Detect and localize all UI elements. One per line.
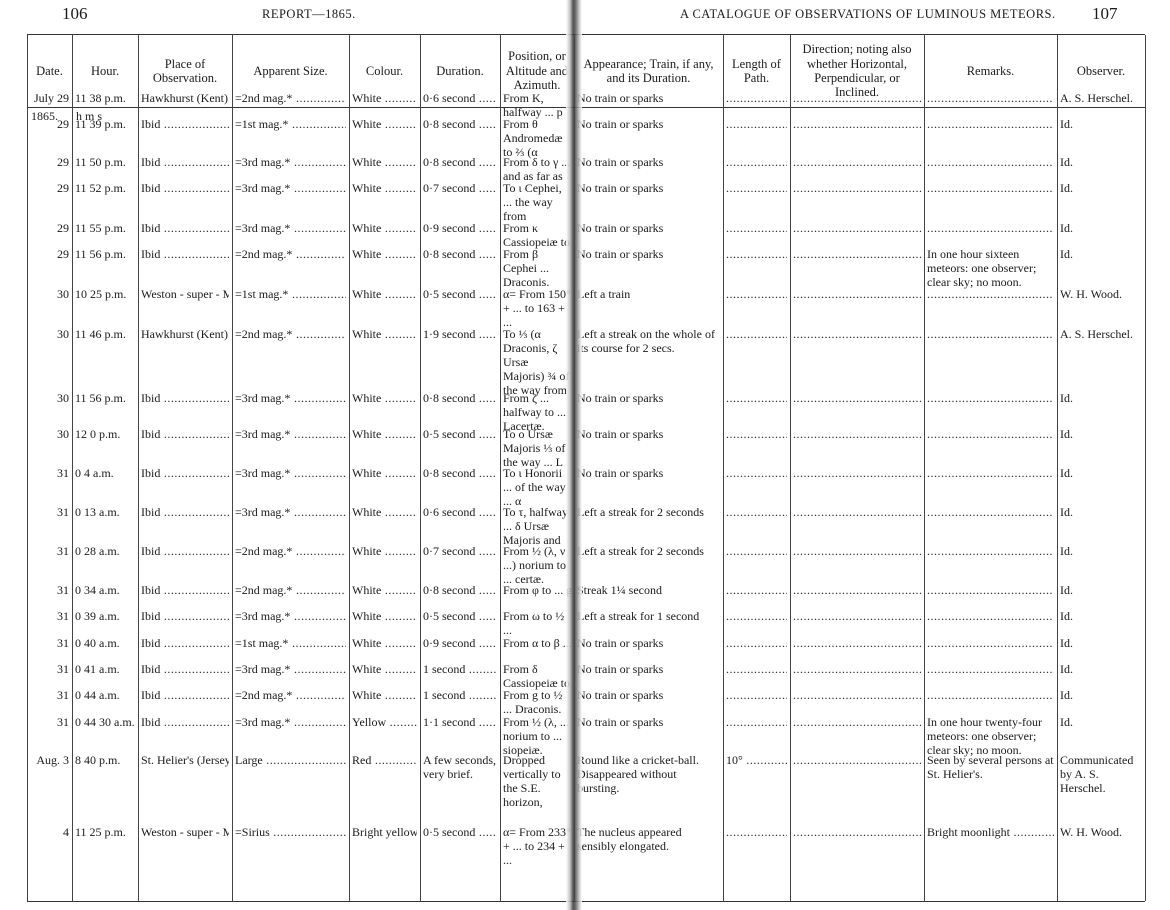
row-position: From κ Cassiopeiæ to υ Persei. [503,221,571,249]
row-place: Ibid [141,391,229,405]
row-remarks [927,688,1054,702]
row-remarks [927,327,1054,341]
row-hour: 11 55 p.m. [75,221,135,235]
row-place: Ibid [141,544,229,558]
row-remarks: Seen by several persons at St. Helier's. [927,753,1054,781]
row-length-of-path [726,247,787,261]
row-appearance: No train or sparks [577,688,720,702]
row-date: 30 [30,427,69,441]
row-date: 31 [30,583,69,597]
row-apparent-size: =3rd mag.* [235,505,346,519]
row-length-of-path [726,91,787,105]
row-length-of-path [726,117,787,131]
row-observer: Id. [1060,609,1142,623]
row-appearance: Left a streak for 1 second [577,609,720,623]
row-observer: A. S. Herschel. [1060,327,1142,341]
row-colour: White [352,505,417,519]
row-place: Ibid [141,636,229,650]
row-length-of-path [726,155,787,169]
row-remarks [927,391,1054,405]
row-date: 29 [30,117,69,131]
row-direction [793,825,921,839]
row-direction [793,287,921,301]
column-rule [72,35,73,901]
row-direction [793,636,921,650]
row-remarks [927,636,1054,650]
row-remarks [927,466,1054,480]
row-direction [793,505,921,519]
row-duration: 1·9 second [423,327,497,341]
row-appearance: No train or sparks [577,181,720,195]
row-appearance: Left a streak for 2 seconds [577,544,720,558]
row-observer: Id. [1060,505,1142,519]
row-apparent-size: Large [235,753,346,767]
left-page-number: 106 [62,4,88,24]
row-direction [793,117,921,131]
column-rule [232,35,233,901]
row-hour: 11 39 p.m. [75,117,135,131]
row-place: Ibid [141,181,229,195]
row-hour: 8 40 p.m. [75,753,135,767]
row-appearance: No train or sparks [577,427,720,441]
row-apparent-size: =3rd mag.* [235,181,346,195]
row-appearance: No train or sparks [577,155,720,169]
row-colour: White [352,221,417,235]
row-direction [793,91,921,105]
row-colour: White [352,609,417,623]
row-date: 31 [30,505,69,519]
row-apparent-size: =1st mag.* [235,117,346,131]
row-observer: A. S. Herschel. [1060,91,1142,105]
row-colour: White [352,287,417,301]
row-observer: Id. [1060,181,1142,195]
row-colour: White [352,466,417,480]
row-date: 4 [30,825,69,839]
row-position: From K, halfway ... p Camelopardi. [503,91,571,119]
row-position: From φ to ... gasi. [503,583,571,597]
row-apparent-size: =3rd mag.* [235,715,346,729]
row-direction [793,753,921,767]
column-rule [420,35,421,901]
row-hour: 0 13 a.m. [75,505,135,519]
row-duration: 0·8 second [423,466,497,480]
row-observer: Id. [1060,688,1142,702]
row-position: To ι Honorii ... of the way ... α Androm… [503,466,571,508]
row-apparent-size: =2nd mag.* [235,327,346,341]
row-date: 31 [30,662,69,676]
row-duration: 0·8 second [423,391,497,405]
row-date: 31 [30,715,69,729]
column-rule [349,35,350,901]
row-position: To ⅓ (α Draconis, ζ Ursæ Majoris) ¾ of t… [503,327,571,397]
row-length-of-path [726,544,787,558]
column-rule [1145,35,1146,901]
row-hour: 12 0 p.m. [75,427,135,441]
row-hour: 0 4 a.m. [75,466,135,480]
row-appearance: No train or sparks [577,247,720,261]
row-remarks [927,662,1054,676]
row-observer: Id. [1060,544,1142,558]
row-hour: 11 38 p.m. [75,91,135,105]
row-length-of-path [726,327,787,341]
row-direction [793,181,921,195]
row-duration: 0·9 second [423,221,497,235]
row-length-of-path [726,688,787,702]
row-colour: Bright yellow [352,825,417,839]
meteor-catalogue-table: Date.Hour.Place of Observation.Apparent … [27,34,1145,902]
row-apparent-size: =2nd mag.* [235,91,346,105]
row-observer: Id. [1060,247,1142,261]
row-length-of-path [726,583,787,597]
row-position: From ½ (λ, ... norium to ... siopeiæ. [503,715,571,757]
row-direction [793,688,921,702]
row-remarks: Bright moonlight [927,825,1054,839]
row-duration: 0·5 second [423,427,497,441]
row-position: From δ Cassiopeiæ to m Custodis. [503,662,571,690]
column-rule [138,35,139,901]
row-remarks [927,609,1054,623]
row-place: Ibid [141,609,229,623]
row-observer: Communicated by A. S. Herschel. [1060,753,1142,795]
row-apparent-size: =3rd mag.* [235,609,346,623]
row-colour: Yellow [352,715,417,729]
row-hour: 11 25 p.m. [75,825,135,839]
row-duration: 0·7 second [423,544,497,558]
row-duration: 0·8 second [423,247,497,261]
row-appearance: No train or sparks [577,466,720,480]
row-remarks [927,221,1054,235]
row-hour: 0 44 a.m. [75,688,135,702]
row-position: From g to ½ ... Draconis. [503,688,571,716]
row-remarks [927,427,1054,441]
row-duration: 1 second [423,688,497,702]
row-duration: 0·7 second [423,181,497,195]
column-rule [1057,35,1058,901]
row-length-of-path [726,662,787,676]
row-direction [793,466,921,480]
row-place: Ibid [141,583,229,597]
row-length-of-path [726,609,787,623]
row-position: To o Ursæ Majoris ⅓ of the way ... L Cam… [503,427,571,469]
row-apparent-size: =2nd mag.* [235,583,346,597]
row-colour: White [352,117,417,131]
row-date: Aug. 3 [30,753,69,767]
row-direction [793,327,921,341]
right-running-head: A CATALOGUE OF OBSERVATIONS OF LUMINOUS … [680,7,1056,22]
row-colour: White [352,247,417,261]
row-apparent-size: =1st mag.* [235,636,346,650]
row-observer: Id. [1060,583,1142,597]
row-date: July 29 [30,91,69,105]
row-remarks [927,287,1054,301]
row-length-of-path [726,715,787,729]
row-apparent-size: =2nd mag.* [235,544,346,558]
row-appearance: No train or sparks [577,391,720,405]
row-appearance: Left a streak on the whole of its course… [577,327,720,355]
row-place: Ibid [141,505,229,519]
row-apparent-size: =3rd mag.* [235,427,346,441]
row-date: 31 [30,466,69,480]
row-place: Ibid [141,117,229,131]
row-length-of-path: 10° [726,753,787,767]
row-hour: 0 28 a.m. [75,544,135,558]
row-position: From ½ (λ, ν ...) norium to ... certæ. [503,544,571,586]
row-place: Ibid [141,155,229,169]
row-colour: White [352,91,417,105]
row-apparent-size: =2nd mag.* [235,688,346,702]
row-appearance: No train or sparks [577,636,720,650]
row-hour: 10 25 p.m. [75,287,135,301]
column-rule [924,35,925,901]
row-direction [793,544,921,558]
row-date: 29 [30,247,69,261]
row-place: St. Helier's (Jersey). [141,753,229,767]
row-place: Weston - super - Mare. [141,287,229,301]
row-hour: 0 39 a.m. [75,609,135,623]
row-date: 30 [30,327,69,341]
row-position: From θ Andromedæ to ⅔ (α Andromedæ, τ Pe… [503,117,571,159]
row-length-of-path [726,221,787,235]
header-rule [27,107,1145,108]
row-duration: 1·1 second [423,715,497,729]
row-length-of-path [726,287,787,301]
column-rule [500,35,501,901]
row-duration: 0·6 second [423,505,497,519]
row-duration: 0·9 second [423,636,497,650]
row-position: From ω to ½ ... Andromedæ. [503,609,571,637]
row-colour: White [352,544,417,558]
row-colour: Red [352,753,417,767]
row-direction [793,391,921,405]
row-apparent-size: =Sirius [235,825,346,839]
row-hour: 11 56 p.m. [75,391,135,405]
row-apparent-size: =3rd mag.* [235,466,346,480]
row-direction [793,583,921,597]
row-length-of-path [726,427,787,441]
row-date: 31 [30,544,69,558]
row-position: α= From 233° + ... to 234 + ... [503,825,571,867]
row-direction [793,221,921,235]
row-appearance: No train or sparks [577,221,720,235]
row-place: Ibid [141,662,229,676]
row-place: Hawkhurst (Kent) [141,91,229,105]
book-gutter [566,0,582,910]
row-observer: W. H. Wood. [1060,825,1142,839]
row-colour: White [352,583,417,597]
row-duration: A few seconds, very brief. [423,753,497,781]
row-observer: Id. [1060,155,1142,169]
row-observer: Id. [1060,715,1142,729]
row-apparent-size: =3rd mag.* [235,221,346,235]
row-remarks [927,117,1054,131]
row-length-of-path [726,505,787,519]
row-duration: 0·5 second [423,287,497,301]
row-appearance: No train or sparks [577,715,720,729]
row-remarks: In one hour twenty-four meteors: one obs… [927,715,1054,757]
row-duration: 0·8 second [423,583,497,597]
row-place: Ibid [141,466,229,480]
row-place: Ibid [141,221,229,235]
row-hour: 11 50 p.m. [75,155,135,169]
row-appearance: Left a streak for 2 seconds [577,505,720,519]
row-remarks [927,505,1054,519]
row-duration: 1 second [423,662,497,676]
row-apparent-size: =3rd mag.* [235,155,346,169]
column-rule [723,35,724,901]
row-position: From α to β ... rigæ. [503,636,571,650]
row-colour: White [352,181,417,195]
row-position: α= From 150° + ... to 163 + ... [503,287,571,329]
row-position: From β Cephei ... Draconis. [503,247,571,289]
row-direction [793,155,921,169]
row-duration: 0·5 second [423,609,497,623]
row-colour: White [352,327,417,341]
row-hour: 11 46 p.m. [75,327,135,341]
row-colour: White [352,427,417,441]
row-date: 31 [30,636,69,650]
row-remarks [927,155,1054,169]
row-observer: Id. [1060,221,1142,235]
row-hour: 11 56 p.m. [75,247,135,261]
row-place: Ibid [141,427,229,441]
row-hour: 0 34 a.m. [75,583,135,597]
row-date: 29 [30,155,69,169]
row-observer: Id. [1060,466,1142,480]
row-hour: 0 40 a.m. [75,636,135,650]
row-hour: 11 52 p.m. [75,181,135,195]
row-hour: 0 41 a.m. [75,662,135,676]
right-page-number: 107 [1092,4,1118,24]
row-appearance: Round like a cricket-ball. Disappeared w… [577,753,720,795]
row-appearance: No train or sparks [577,662,720,676]
row-observer: Id. [1060,117,1142,131]
row-position: Dropped vertically to the S.E. horizon, … [503,753,571,809]
row-remarks: In one hour sixteen meteors: one observe… [927,247,1054,289]
row-duration: 0·6 second [423,91,497,105]
row-duration: 0·5 second [423,825,497,839]
row-date: 31 [30,688,69,702]
row-colour: White [352,155,417,169]
column-rule [27,35,28,901]
row-place: Ibid [141,715,229,729]
row-remarks [927,181,1054,195]
row-date: 29 [30,181,69,195]
row-length-of-path [726,181,787,195]
row-length-of-path [726,391,787,405]
row-position: From δ to γ ... and as far as ... [503,155,571,183]
row-position: To τ, halfway ... δ Ursæ Majoris and 4° … [503,505,571,547]
row-place: Ibid [141,688,229,702]
column-rule [790,35,791,901]
row-colour: White [352,391,417,405]
row-place: Hawkhurst (Kent). [141,327,229,341]
row-remarks [927,544,1054,558]
row-apparent-size: =2nd mag.* [235,247,346,261]
row-place: Ibid [141,247,229,261]
row-observer: Id. [1060,662,1142,676]
row-apparent-size: =1st mag.* [235,287,346,301]
row-length-of-path [726,636,787,650]
row-apparent-size: =3rd mag.* [235,662,346,676]
row-appearance: No train or sparks [577,91,720,105]
row-remarks [927,91,1054,105]
row-duration: 0·8 second [423,155,497,169]
row-date: 30 [30,391,69,405]
row-direction [793,715,921,729]
row-direction [793,609,921,623]
row-length-of-path [726,825,787,839]
row-observer: W. H. Wood. [1060,287,1142,301]
row-appearance: The nucleus appeared sensibly elongated. [577,825,720,853]
row-duration: 0·8 second [423,117,497,131]
row-apparent-size: =3rd mag.* [235,391,346,405]
row-colour: White [352,636,417,650]
row-direction [793,247,921,261]
row-observer: Id. [1060,427,1142,441]
row-hour: 0 44 30 a.m. [75,715,135,729]
row-position: To ι Cephei, ... the way from Cassiopeiæ… [503,181,571,223]
row-direction [793,662,921,676]
row-colour: White [352,662,417,676]
row-observer: Id. [1060,636,1142,650]
row-date: 30 [30,287,69,301]
row-observer: Id. [1060,391,1142,405]
row-appearance: Streak 1¼ second [577,583,720,597]
row-appearance: Left a train [577,287,720,301]
row-date: 29 [30,221,69,235]
row-length-of-path [726,466,787,480]
left-running-head: REPORT—1865. [262,7,356,22]
row-direction [793,427,921,441]
row-date: 31 [30,609,69,623]
row-colour: White [352,688,417,702]
row-appearance: No train or sparks [577,117,720,131]
row-remarks [927,583,1054,597]
row-place: Weston - super - Mare. [141,825,229,839]
